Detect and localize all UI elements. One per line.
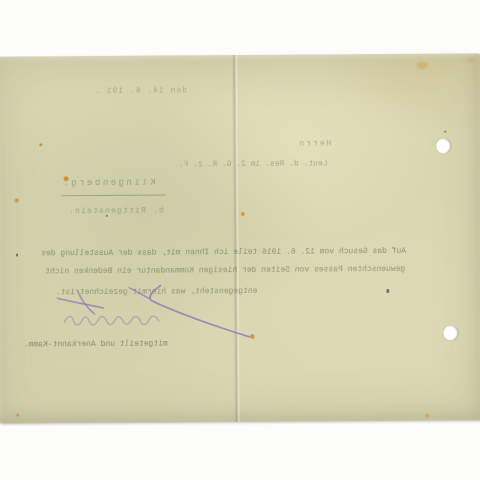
ink-speck (386, 289, 389, 293)
foxing-spot (16, 414, 19, 417)
foxing-spot (425, 414, 429, 418)
foxing-spot (39, 143, 42, 146)
ink-speck (16, 254, 18, 257)
letter-paper: den 14. 6. 191 . Herrn Leut. d. Res. im … (0, 53, 480, 423)
signature-stroke (57, 298, 103, 308)
punch-hole-bottom (444, 325, 459, 340)
bleedthrough-unit-line: b. Rittgenstein. (64, 207, 164, 217)
foxing-spot (241, 212, 245, 216)
foxing-spot (468, 57, 475, 62)
bleedthrough-footer-line: mitgeteilt und Anerkannt-Kamm. (23, 340, 168, 350)
bleedthrough-rank-line: Leut. d. Res. im 2. G. R. z. F. (179, 159, 327, 169)
foxing-spot (64, 176, 69, 181)
bleedthrough-body-line-1: Auf das Gesuch vom 12. 6. 1916 teile ich… (16, 247, 406, 259)
punch-hole-top (436, 139, 451, 154)
signature-ink (0, 53, 480, 423)
bleedthrough-name-line: Klingenberg. (64, 179, 156, 189)
ink-speck (106, 215, 108, 217)
bleedthrough-underline (62, 195, 166, 197)
bleedthrough-body-line-2: gewuenschten Passes von Seiten der hiesi… (13, 265, 405, 277)
bleedthrough-salutation: Herrn (295, 139, 331, 148)
signature-stroke (65, 316, 159, 325)
fold-crease (232, 55, 241, 422)
foxing-spot (251, 335, 255, 339)
ink-speck (444, 131, 446, 133)
foxing-spot (417, 62, 428, 69)
bleedthrough-date-line: den 14. 6. 191 . (87, 86, 187, 96)
bleedthrough-body-line-3: entgegensteht, was hiermit gezeichnet is… (22, 287, 257, 298)
foxing-spot (15, 199, 19, 203)
photo-background: den 14. 6. 191 . Herrn Leut. d. Res. im … (0, 0, 480, 480)
